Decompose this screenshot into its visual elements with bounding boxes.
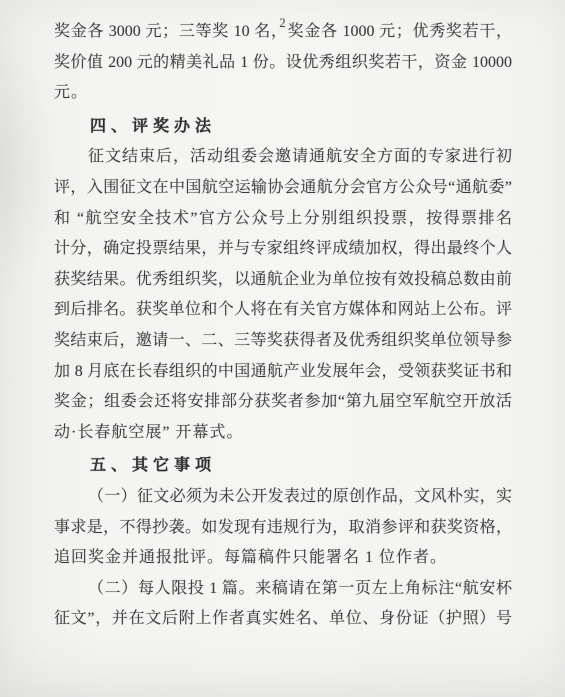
text-line: 征文结束后，活动组委会邀请通航安全方面的专家进行初	[54, 142, 512, 173]
document-page: 奖金各 3000 元；三等奖 10 名，奖金各 1000 元；优秀奖若干，奖价值…	[0, 0, 565, 697]
text-line: 计分，确定投票结果，并与专家组终评成绩加权，得出最终个人	[54, 234, 512, 265]
scan-shading	[0, 627, 565, 697]
text-line: （一）征文必须为未公开发表过的原创作品，文风朴实，实	[54, 482, 512, 513]
section-heading: 四、评奖办法	[54, 112, 512, 143]
text-line: 动·长春航空展” 开幕式。	[54, 418, 512, 449]
text-line: 和 “航空安全技术”官方公众号上分别组织投票，按得票排名	[54, 204, 512, 235]
text-line: 获奖结果。优秀组织奖，以通航企业为单位按有效投稿总数由前	[54, 265, 512, 296]
section-heading: 五、其它事项	[54, 451, 512, 482]
text-line: 到后排名。获奖单位和个人将在有关官方媒体和网站上公布。评	[54, 295, 512, 326]
text-line: 加 8 月底在长春组织的中国通航产业发展年会，受领获奖证书和	[54, 357, 512, 388]
text-line: 元。	[54, 78, 512, 109]
text-line: 追回奖金并通报批评。每篇稿件只能署名 1 位作者。	[54, 543, 512, 574]
text-line: 征文”，并在文后附上作者真实姓名、单位、身份证（护照）号	[54, 604, 512, 635]
text-line: （二）每人限投 1 篇。来稿请在第一页左上角标注“航安杯	[54, 574, 512, 605]
text-line: 奖结束后，邀请一、二、三等奖获得者及优秀组织奖单位领导参	[54, 326, 512, 357]
document-lines: 奖金各 3000 元；三等奖 10 名，奖金各 1000 元；优秀奖若干，奖价值…	[54, 17, 512, 635]
text-line: 事求是，不得抄袭。如发现有违规行为，取消参评和获奖资格，	[54, 513, 512, 544]
scan-smudge	[0, 40, 60, 300]
text-line: 奖金；组委会还将安排部分获奖者参加“第九届空军航空开放活	[54, 387, 512, 418]
text-line: 评，入围征文在中国航空运输协会通航分会官方公众号“通航委”	[54, 173, 512, 204]
text-line: 奖金各 3000 元；三等奖 10 名，奖金各 1000 元；优秀奖若干，	[54, 17, 512, 48]
text-line: 奖价值 200 元的精美礼品 1 份。设优秀组织奖若干，资金 10000	[54, 48, 512, 79]
